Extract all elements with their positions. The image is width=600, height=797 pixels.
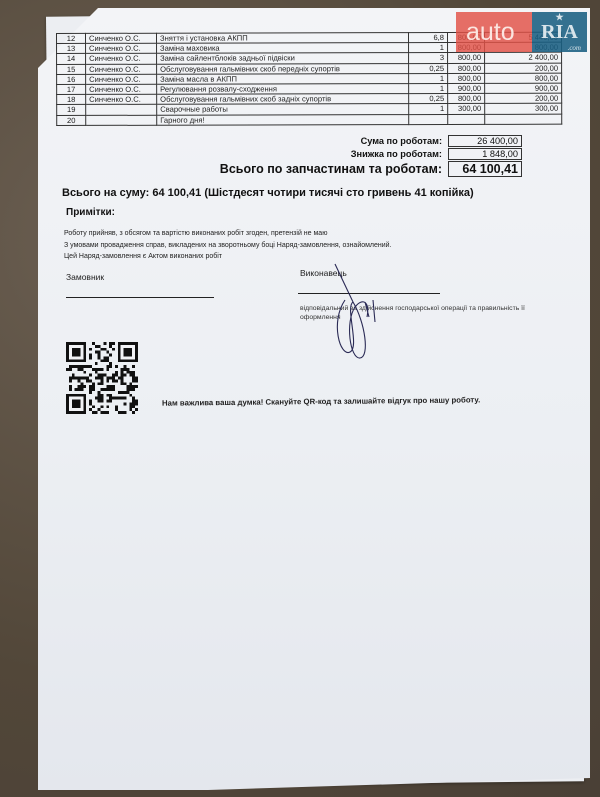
- work-sum-row: Сума по роботам: 26 400,00: [220, 135, 522, 147]
- grand-total-row: Всього по запчастинам та роботам: 64 100…: [220, 161, 522, 177]
- work-sum-label: Сума по роботам:: [361, 136, 442, 146]
- cell-no: 14: [57, 54, 86, 64]
- grand-total-label: Всього по запчастинам та роботам:: [220, 162, 442, 176]
- cell-qty: 1: [409, 83, 448, 93]
- notes-text: Роботу прийняв, з обсягом та вартістю ви…: [64, 228, 392, 263]
- table-row: 20Гарного дня!: [57, 114, 562, 126]
- cell-qty: 1: [409, 73, 448, 83]
- cell-worker: [86, 115, 157, 125]
- cell-price: 800,00: [448, 94, 485, 104]
- sum-in-words: Всього на суму: 64 100,41 (Шістдесят чот…: [62, 187, 474, 199]
- cell-sum: 900,00: [485, 83, 562, 93]
- cell-no: 18: [57, 95, 86, 105]
- cell-sum: 2 400,00: [485, 53, 562, 63]
- cell-price: 300,00: [448, 104, 485, 114]
- cell-job: Заміна сайлентблоків задньої підвіски: [157, 53, 409, 64]
- cell-worker: Синченко О.С.: [86, 64, 157, 74]
- cell-qty: 0,25: [409, 94, 448, 104]
- watermark-suffix: .com: [568, 44, 581, 52]
- cell-job: Гарного дня!: [157, 114, 409, 125]
- watermark-ria: ★ RIA .com: [532, 12, 587, 52]
- cell-no: 17: [57, 84, 86, 94]
- note-line: Роботу прийняв, з обсягом та вартістю ви…: [64, 228, 392, 240]
- discount-value: 1 848,00: [448, 148, 522, 160]
- grand-total-value: 64 100,41: [448, 161, 522, 177]
- customer-signature-line: [66, 297, 214, 298]
- autoria-watermark: auto ★ RIA .com: [456, 12, 587, 52]
- cell-worker: Синченко О.С.: [86, 84, 157, 94]
- cell-worker: Синченко О.С.: [86, 43, 157, 53]
- cell-no: 15: [57, 64, 86, 74]
- customer-label: Замовник: [66, 272, 104, 282]
- cell-qty: 0,25: [409, 63, 448, 73]
- star-icon: ★: [555, 13, 563, 21]
- cell-qty: [409, 114, 448, 124]
- cell-sum: 200,00: [485, 63, 562, 73]
- cell-no: 13: [57, 44, 86, 54]
- cell-price: 800,00: [448, 53, 485, 63]
- cell-worker: Синченко О.С.: [86, 74, 157, 84]
- work-sum-value: 26 400,00: [448, 135, 522, 147]
- cell-job: Обслуговування гальмівних скоб задніх су…: [157, 94, 409, 105]
- discount-label: Знижка по роботам:: [351, 149, 442, 159]
- watermark-auto: auto: [456, 12, 532, 52]
- cell-job: Заміна маховика: [157, 43, 409, 54]
- cell-sum: 200,00: [485, 93, 562, 103]
- cell-no: 12: [57, 33, 86, 43]
- cell-sum: [485, 114, 562, 124]
- cell-qty: 1: [409, 43, 448, 53]
- cell-qty: 1: [409, 104, 448, 114]
- cell-no: 19: [57, 105, 86, 115]
- cell-sum: 800,00: [485, 73, 562, 83]
- cell-qty: 6,8: [409, 32, 448, 42]
- notes-title: Примітки:: [66, 207, 115, 218]
- cell-no: 20: [57, 115, 86, 125]
- note-line: З умовами провадження справ, викладених …: [64, 240, 392, 252]
- qr-code-icon: [66, 342, 138, 414]
- cell-sum: 300,00: [485, 103, 562, 113]
- cell-job: Сварочные работы: [157, 104, 409, 115]
- cell-worker: Синченко О.С.: [86, 33, 157, 43]
- cell-worker: Синченко О.С.: [86, 94, 157, 104]
- cell-job: Обслуговування гальмівних скоб передніх …: [157, 63, 409, 74]
- cell-price: 900,00: [448, 83, 485, 93]
- cell-price: 800,00: [448, 63, 485, 73]
- cell-job: Регулювання розвалу-сходження: [157, 84, 409, 95]
- signature-scribble-icon: [325, 262, 385, 362]
- totals-block: Сума по роботам: 26 400,00 Знижка по роб…: [220, 135, 522, 178]
- note-line: Цей Наряд-замовлення є Актом виконаних р…: [64, 251, 392, 263]
- cell-job: Заміна масла в АКПП: [157, 73, 409, 84]
- cell-price: [448, 114, 485, 124]
- cell-worker: Синченко О.С.: [86, 54, 157, 64]
- watermark-ria-text: RIA: [541, 21, 578, 44]
- cell-qty: 3: [409, 53, 448, 63]
- cell-no: 16: [57, 74, 86, 84]
- cell-job: Зняття і установка АКПП: [157, 33, 409, 44]
- cell-worker: [86, 105, 157, 115]
- cell-price: 800,00: [448, 73, 485, 83]
- discount-row: Знижка по роботам: 1 848,00: [220, 148, 522, 160]
